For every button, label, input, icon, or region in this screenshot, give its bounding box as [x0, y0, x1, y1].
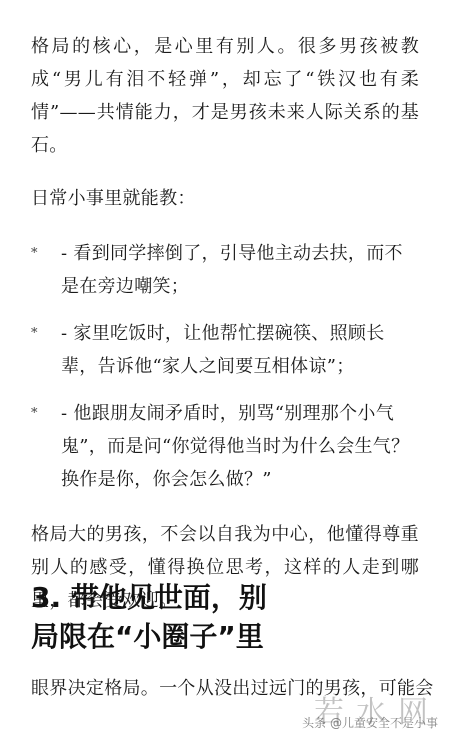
asterisk-bullet-icon: *: [31, 397, 45, 430]
asterisk-bullet-icon: *: [31, 237, 45, 270]
list-item-text: - 他跟朋友闹矛盾时，别骂“别理那个小气鬼”，而是问“你觉得他当时为什么会生气？…: [61, 403, 409, 490]
watermark-source-credit: 头条 @儿童安全不是小事: [302, 716, 438, 730]
section-heading: 3. 带他见世面，别 局限在“小圈子”里: [31, 578, 331, 656]
list-item-text: - 家里吃饭时，让他帮忙摆碗筷、照顾长辈，告诉他“家人之间要互相体谅”；: [61, 323, 385, 377]
list-item-text: - 看到同学摔倒了，引导他主动去扶，而不是在旁边嘲笑；: [61, 243, 403, 297]
list-item: * - 看到同学摔倒了，引导他主动去扶，而不是在旁边嘲笑；: [31, 237, 419, 303]
section-heading-line-2: 局限在“小圈子”里: [31, 620, 264, 653]
paragraph-daily-intro: 日常小事里就能教：: [31, 182, 419, 215]
paragraph-horizon: 眼界决定格局。一个从没出过远门的男孩，可能会: [31, 672, 431, 705]
asterisk-bullet-icon: *: [31, 317, 45, 350]
list-item: * - 家里吃饭时，让他帮忙摆碗筷、照顾长辈，告诉他“家人之间要互相体谅”；: [31, 317, 419, 383]
example-list: * - 看到同学摔倒了，引导他主动去扶，而不是在旁边嘲笑； * - 家里吃饭时，…: [31, 237, 419, 496]
list-item: * - 他跟朋友闹矛盾时，别骂“别理那个小气鬼”，而是问“你觉得他当时为什么会生…: [31, 397, 419, 496]
article-body: 格局的核心，是心里有别人。很多男孩被教成“男儿有泪不轻弹”，却忘了“铁汉也有柔情…: [31, 30, 419, 617]
section-heading-line-1: 3. 带他见世面，别: [31, 581, 267, 614]
paragraph-empathy-core: 格局的核心，是心里有别人。很多男孩被教成“男儿有泪不轻弹”，却忘了“铁汉也有柔情…: [31, 30, 419, 162]
